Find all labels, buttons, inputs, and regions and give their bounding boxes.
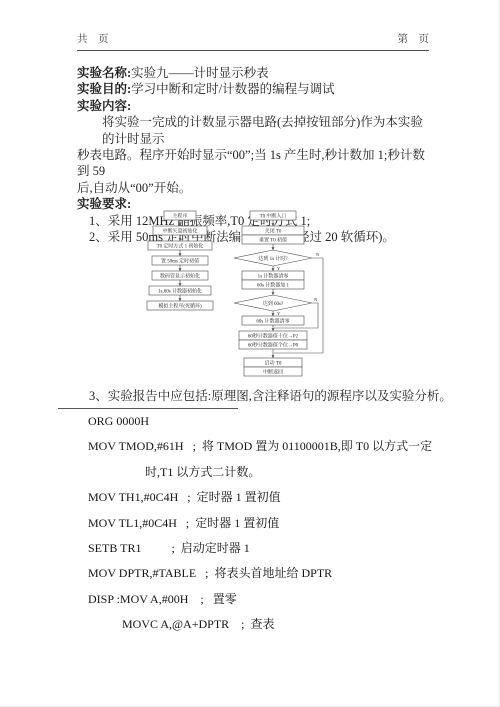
- flowchart-node-label: 达到 1s 计时?: [258, 255, 288, 262]
- experiment-content-heading: 实验内容:: [77, 98, 427, 114]
- flowchart-arrowhead: [272, 268, 275, 271]
- requirement-item-3: 3、实验报告中应包括:原理图,含注释语句的源程序以及实验分析。: [89, 386, 452, 404]
- code-line-comment-continuation: 时,T1 以方式二计数。: [88, 460, 432, 485]
- content-paragraph-line3: 后,自动从“00”开始。: [77, 180, 427, 196]
- flowchart-node-label: 60s 计数器清零: [256, 317, 289, 324]
- flowchart-node-label: 60秒计数器值个位→P0: [248, 341, 299, 348]
- flowchart-arrowhead: [179, 223, 182, 226]
- experiment-purpose-line: 实验目的:学习中断和定时/计数器的编程与调试: [77, 81, 427, 97]
- flowchart-node-label: 1s 计数器清零: [258, 272, 289, 279]
- flowchart-branch-label: N: [314, 297, 318, 302]
- code-line-mov-tmod: MOV TMOD,#61H ; 将 TMOD 置为 01100001B,即 T0…: [88, 434, 432, 459]
- flowchart-node-label: 重置 T0 初值: [259, 236, 287, 243]
- flowchart-node-label: 达到 60s?: [263, 300, 284, 307]
- flowchart-node-label: 60s 计数器加 1: [257, 281, 289, 288]
- flowchart-node-label: T0 定时方式 1 初始化: [157, 242, 204, 249]
- flowchart-arrowhead: [179, 298, 182, 301]
- flowchart-arrowhead: [272, 223, 275, 226]
- document-page: 共 页 第 页 实验名称:实验九——计时显示秒表 实验目的:学习中断和定时/计数…: [0, 0, 500, 707]
- content-paragraph-line2: 秒表电路。程序开始时显示“00”;当 1s 产生时,秒计数加 1;秒计数到 59: [77, 147, 427, 180]
- flowchart-node-label: T0 中断入口: [260, 212, 287, 219]
- experiment-name-label: 实验名称:: [77, 66, 131, 80]
- experiment-name-text: 实验九——计时显示秒表: [131, 66, 269, 80]
- code-line-disp-mov-a: DISP :MOV A,#00H ; 置零: [88, 587, 432, 612]
- flowchart-node-label: 置 50ms 定时初值: [161, 257, 199, 264]
- experiment-purpose-text: 学习中断和定时/计数器的编程与调试: [131, 82, 334, 96]
- flowchart-node-label: 1s,60s 计数器初始化: [158, 287, 202, 294]
- flowchart-node-label: 数码管显示初始化: [160, 272, 200, 279]
- flowchart-node-label: 中断返回: [263, 368, 283, 375]
- flowchart-arrowhead: [179, 253, 182, 256]
- flowchart-node-label: 中断矢量初始化: [162, 227, 197, 234]
- flowchart-node-label: 主程序: [172, 212, 187, 219]
- flowchart-node-label: 60秒计数器值十位→P2: [248, 332, 299, 339]
- flowchart-arrowhead: [272, 292, 275, 295]
- flowchart-arrowhead: [179, 268, 182, 271]
- flowchart-arrowhead: [272, 247, 275, 250]
- flowchart-node-label: 启动 T0: [265, 359, 282, 366]
- code-line-setb-tr1: SETB TR1 ; 启动定时器 1: [88, 536, 432, 561]
- page-header: 共 页 第 页: [77, 31, 429, 51]
- flowchart-branch-label: Y: [277, 311, 281, 316]
- flowchart-arrowhead: [272, 355, 275, 358]
- flowchart: 主程序中断矢量初始化T0 定时方式 1 初始化置 50ms 定时初值数码管显示初…: [130, 203, 400, 389]
- experiment-purpose-label: 实验目的:: [77, 82, 131, 96]
- flowchart-arrowhead: [179, 283, 182, 286]
- flowchart-svg: 主程序中断矢量初始化T0 定时方式 1 初始化置 50ms 定时初值数码管显示初…: [130, 203, 400, 389]
- content-paragraph-line1: 将实验一完成的计数显示器电路(去掉按钮部分)作为本实验的计时显示: [77, 114, 427, 147]
- source-code: ORG 0000H MOV TMOD,#61H ; 将 TMOD 置为 0110…: [88, 409, 432, 638]
- experiment-name-line: 实验名称:实验九——计时显示秒表: [77, 65, 427, 81]
- flowchart-node-label: 关闭 T0: [265, 227, 282, 234]
- code-line-org: ORG 0000H: [88, 409, 432, 434]
- flowchart-arrowhead: [272, 328, 275, 331]
- flowchart-arrowhead: [272, 313, 275, 316]
- header-total-pages: 共 页: [77, 31, 109, 46]
- header-page-number: 第 页: [398, 31, 430, 46]
- code-line-mov-th1: MOV TH1,#0C4H ; 定时器 1 置初值: [88, 485, 432, 510]
- code-line-mov-dptr: MOV DPTR,#TABLE ; 将表头首地址给 DPTR: [88, 561, 432, 586]
- code-line-movc: MOVC A,@A+DPTR ; 查表: [88, 612, 432, 637]
- flowchart-branch-label: Y: [277, 266, 281, 271]
- flowchart-node-label: 模拟主程序(死循环): [158, 302, 202, 309]
- flowchart-arrowhead: [179, 238, 182, 241]
- code-line-mov-tl1: MOV TL1,#0C4H ; 定时器 1 置初值: [88, 511, 432, 536]
- flowchart-branch-label: N: [316, 252, 320, 257]
